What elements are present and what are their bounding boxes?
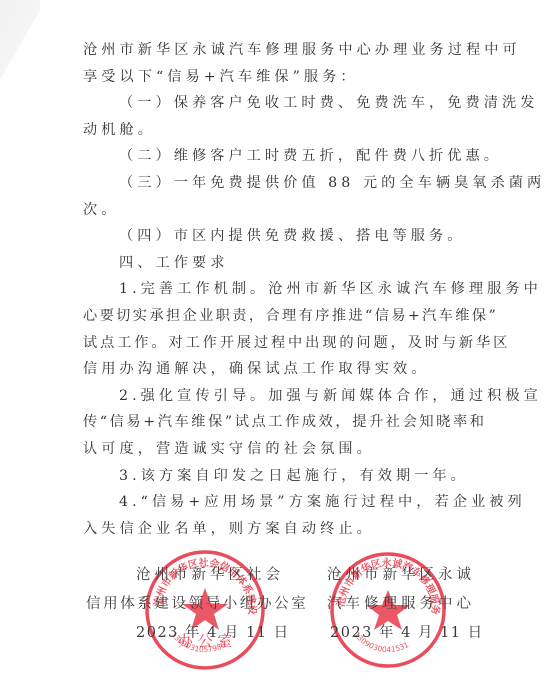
signature-right-org-line1: 沧州市新华区永诚 — [327, 561, 475, 590]
paragraph-line: 沧州市新华区永诚汽车修理服务中心办理业务过程中可 — [83, 37, 473, 64]
paragraph-line: 信用办沟通解决，确保试点工作取得实效。 — [83, 356, 473, 383]
signature-right-date: 2023 年 4 月 11 日 — [330, 619, 484, 648]
paragraph-line: 认可度，营造诚实守信的社会氛围。 — [83, 436, 473, 463]
paragraph-line: 传“信易+汽车维保”试点工作成效，提升社会知晓率和 — [83, 409, 473, 436]
requirement-4: 4.“信易+应用场景”方案施行过程中，若企业被列 — [83, 489, 473, 516]
paragraph-line: 心要切实承担企业职责，合理有序推进“信易+汽车维保” — [83, 303, 473, 330]
signature-left-date: 2023 年 4 月 11 日 — [136, 619, 290, 648]
service-item-2: （二）维修客户工时费五折，配件费八折优惠。 — [83, 143, 473, 170]
paragraph-line: 动机舱。 — [83, 117, 473, 144]
requirement-2: 2.强化宣传引导。加强与新闻媒体合作，通过积极宣 — [83, 383, 473, 410]
document-body: 沧州市新华区永诚汽车修理服务中心办理业务过程中可 享受以下“信易+汽车维保”服务… — [83, 37, 473, 542]
service-item-1: （一）保养客户免收工时费、免费洗车，免费清洗发 — [83, 90, 473, 117]
paragraph-line: 入失信企业名单，则方案自动终止。 — [83, 516, 473, 543]
requirement-1: 1.完善工作机制。沧州市新华区永诚汽车修理服务中 — [83, 276, 473, 303]
paragraph-line: 次。 — [83, 197, 473, 224]
requirement-3: 3.该方案自印发之日起施行，有效期一年。 — [83, 463, 473, 490]
signature-right-org-line2: 汽车修理服务中心 — [327, 590, 475, 619]
paragraph-line: 试点工作。对工作开展过程中出现的问题，及时与新华区 — [83, 330, 473, 357]
section-heading: 四、工作要求 — [83, 250, 473, 277]
signature-left-org-line1: 沧州市新华区社会 — [136, 561, 284, 590]
service-item-4: （四）市区内提供免费救援、搭电等服务。 — [83, 223, 473, 250]
paragraph-line: 享受以下“信易+汽车维保”服务： — [83, 64, 473, 91]
service-item-3: （三）一年免费提供价值 88 元的全车辆臭氧杀菌两 — [83, 170, 473, 197]
signature-left-org-line2: 信用体系建设领导小组办公室 — [86, 590, 308, 619]
scan-edge-artifact — [0, 0, 40, 80]
